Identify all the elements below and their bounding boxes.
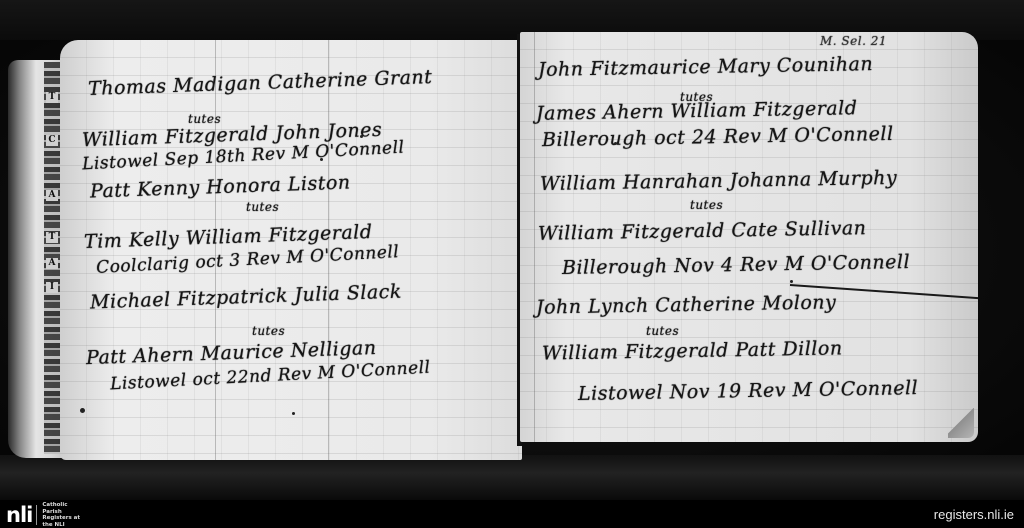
nli-logo[interactable]: nli Catholic Parish Registers at the NLI: [6, 504, 82, 526]
site-url-link[interactable]: registers.nli.ie: [934, 507, 1014, 522]
ink-blot: [292, 412, 295, 415]
logo-divider: [36, 505, 37, 525]
footer-bar: [0, 500, 1024, 528]
ink-blot: [614, 142, 617, 145]
nli-logo-mark: nli: [6, 504, 32, 526]
entry-witness-label: tutes: [252, 324, 285, 338]
entry-line: Listowel Nov 19 Rev M O'Connell: [578, 377, 919, 405]
logo-caption-line: Registers at: [42, 515, 82, 522]
entry-line: Billerough oct 24 Rev M O'Connell: [542, 123, 894, 151]
entry-line: Thomas Madigan Catherine Grant: [88, 66, 433, 100]
ink-blot: [360, 135, 363, 138]
right-page: M. Sel. 21 John Fitzmaurice Mary Couniha…: [520, 32, 978, 442]
entry-line: William Fitzgerald Patt Dillon: [542, 337, 843, 364]
entry-line: Michael Fitzpatrick Julia Slack: [90, 281, 403, 314]
ink-blot: [255, 188, 258, 191]
spine-letter: I: [46, 282, 58, 293]
entry-witness-label: tutes: [246, 200, 279, 214]
spine-letter: A: [46, 190, 58, 201]
spine-letter: T: [46, 92, 58, 103]
logo-caption-line: Catholic Parish: [42, 502, 82, 515]
entry-line: William Fitzgerald Cate Sullivan: [538, 217, 867, 245]
entry-witness-label: tutes: [690, 198, 723, 212]
logo-caption: Catholic Parish Registers at the NLI: [42, 502, 82, 528]
spine-letter: A: [46, 258, 58, 269]
entry-line: John Fitzmaurice Mary Counihan: [538, 53, 873, 81]
ink-blot: [790, 280, 793, 283]
ink-blot: [320, 158, 323, 161]
entry-witness-label: tutes: [646, 324, 679, 338]
logo-caption-line: the NLI: [42, 522, 82, 528]
entry-line: Patt Kenny Honora Liston: [90, 171, 351, 202]
page-corner-fold: [948, 408, 974, 438]
spine-letter: T: [46, 232, 58, 243]
entry-line: John Lynch Catherine Molony: [536, 291, 837, 318]
entry-line: Billerough Nov 4 Rev M O'Connell: [562, 251, 910, 279]
page-header-note: M. Sel. 21: [820, 34, 887, 48]
entry-line: William Hanrahan Johanna Murphy: [540, 167, 897, 195]
spine-letter: C: [46, 135, 58, 146]
ink-blot: [80, 408, 85, 413]
column-rule: [534, 32, 535, 442]
register-image-viewer[interactable]: T C A T A I Thomas Madigan Catherine Gra…: [0, 0, 1024, 500]
background-bottom: [0, 455, 1024, 500]
column-rule: [215, 40, 216, 460]
left-page: Thomas Madigan Catherine Grant tutes Wil…: [60, 40, 522, 460]
entry-line: James Ahern William Fitzgerald: [536, 97, 858, 125]
